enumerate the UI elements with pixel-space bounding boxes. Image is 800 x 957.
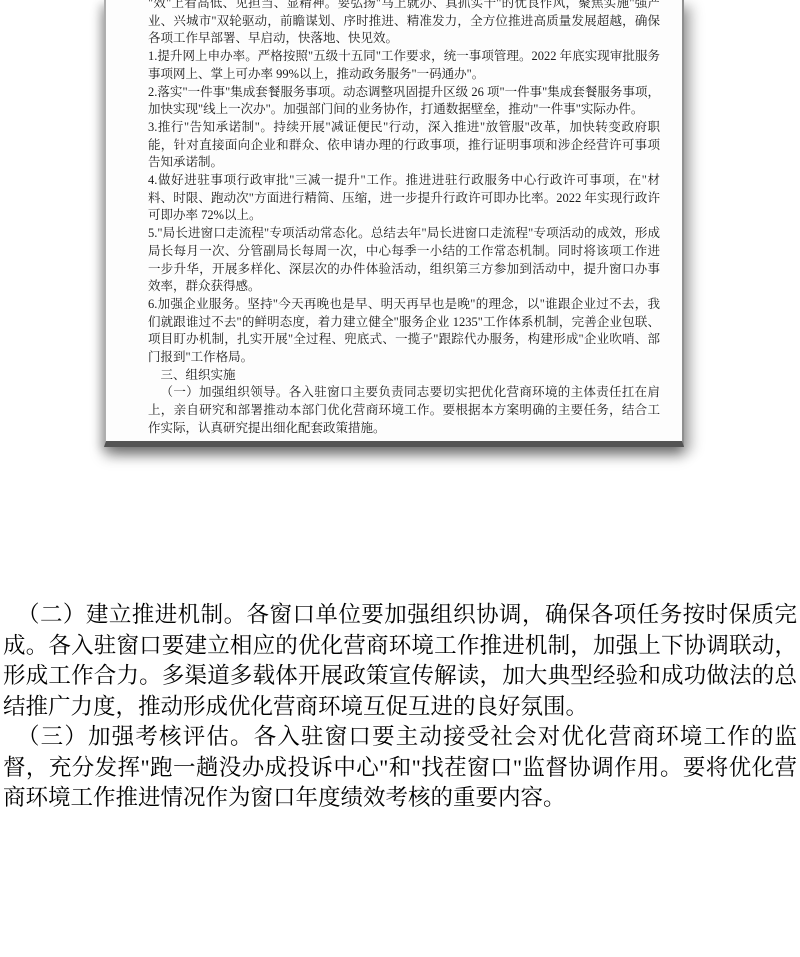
doc-paragraph: 2.落实"一件事"集成套餐服务事项。动态调整巩固提升区级 26 项"一件事"集成… (148, 84, 660, 119)
document-scan-image: "效"上看高低、见担当、显精神。要弘扬"马上就办、真抓实干"的优良作风，聚焦实施… (104, 0, 684, 447)
body-paragraph: （二）建立推进机制。各窗口单位要加强组织协调，确保各项任务按时保质完成。各入驻窗… (3, 600, 797, 722)
doc-paragraph: 5."局长进窗口走流程"专项活动常态化。总结去年"局长进窗口走流程"专项活动的成… (148, 225, 660, 296)
doc-paragraph: 1.提升网上申办率。严格按照"五级十五同"工作要求，统一事项管理。2022 年底… (148, 48, 660, 83)
doc-paragraph: （一）加强组织领导。各入驻窗口主要负责同志要切实把优化营商环境的主体责任扛在肩上… (148, 384, 660, 437)
doc-paragraph: 6.加强企业服务。坚持"今天再晚也是早、明天再早也是晚"的理念，以"谁跟企业过不… (148, 296, 660, 367)
article-body: （二）建立推进机制。各窗口单位要加强组织协调，确保各项任务按时保质完成。各入驻窗… (0, 600, 800, 814)
body-paragraph: （三）加强考核评估。各入驻窗口要主动接受社会对优化营商环境工作的监督，充分发挥"… (3, 722, 797, 814)
document-scan-text: "效"上看高低、见担当、显精神。要弘扬"马上就办、真抓实干"的优良作风，聚焦实施… (106, 0, 682, 438)
doc-paragraph: 4.做好进驻事项行政审批"三减一提升"工作。推进进驻行政服务中心行政许可事项，在… (148, 172, 660, 225)
doc-paragraph: 3.推行"告知承诺制"。持续开展"减证便民"行动，深入推进"放管服"改革，加快转… (148, 119, 660, 172)
doc-section-heading: 三、组织实施 (148, 367, 660, 385)
doc-paragraph: "效"上看高低、见担当、显精神。要弘扬"马上就办、真抓实干"的优良作风，聚焦实施… (148, 0, 660, 48)
